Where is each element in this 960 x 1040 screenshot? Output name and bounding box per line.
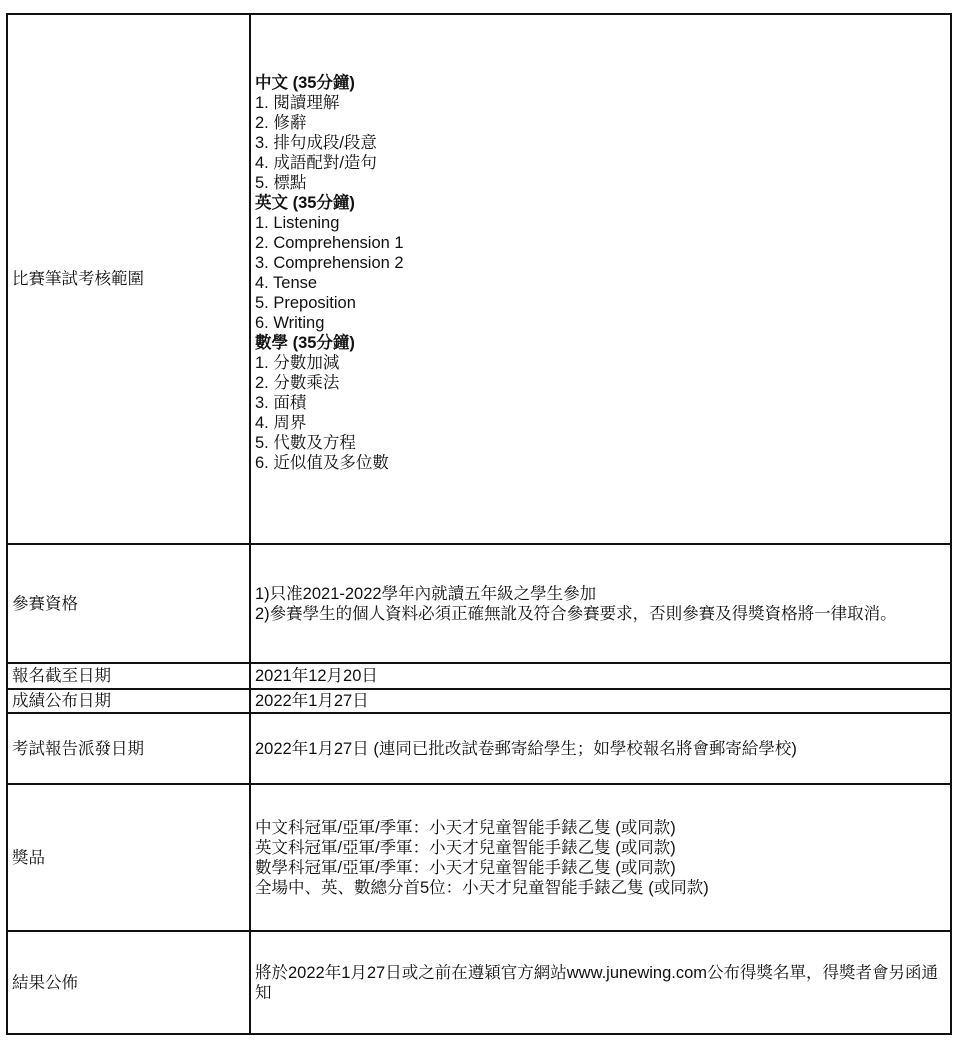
label-prizes: 獎品 [7, 784, 250, 931]
competition-info-table: 比賽筆試考核範圍 中文 (35分鐘) 1. 閱讀理解 2. 修辭 3. 排句成段… [6, 13, 952, 1035]
label-eligibility: 參賽資格 [7, 544, 250, 663]
prizes-content: 中文科冠軍/亞軍/季軍：小天才兒童智能手錶乙隻 (或同款) 英文科冠軍/亞軍/季… [250, 784, 951, 931]
section-heading-english: 英文 (35分鐘) [255, 193, 946, 213]
list-item: 2. 分數乘法 [255, 373, 946, 393]
list-item: 5. Preposition [255, 293, 946, 313]
list-item: 3. Comprehension 2 [255, 253, 946, 273]
row-exam-scope: 比賽筆試考核範圍 中文 (35分鐘) 1. 閱讀理解 2. 修辭 3. 排句成段… [7, 14, 951, 544]
row-report-date: 考試報告派發日期 2022年1月27日 (連同已批改試卷郵寄給學生；如學校報名將… [7, 713, 951, 784]
exam-scope-content: 中文 (35分鐘) 1. 閱讀理解 2. 修辭 3. 排句成段/段意 4. 成語… [250, 14, 951, 544]
eligibility-line: 1)只准2021-2022學年內就讀五年級之學生參加 [255, 584, 946, 604]
list-item: 4. Tense [255, 273, 946, 293]
announcement-value: 將於2022年1月27日或之前在遵穎官方網站www.junewing.com公布… [250, 931, 951, 1034]
registration-deadline-value: 2021年12月20日 [250, 663, 951, 689]
list-item: 5. 標點 [255, 173, 946, 193]
eligibility-line: 2)參賽學生的個人資料必須正確無訛及符合參賽要求，否則參賽及得獎資格將一律取消。 [255, 604, 946, 624]
results-date-value: 2022年1月27日 [250, 689, 951, 713]
prize-line: 數學科冠軍/亞軍/季軍：小天才兒童智能手錶乙隻 (或同款) [255, 858, 946, 878]
eligibility-content: 1)只准2021-2022學年內就讀五年級之學生參加 2)參賽學生的個人資料必須… [250, 544, 951, 663]
report-date-value: 2022年1月27日 (連同已批改試卷郵寄給學生；如學校報名將會郵寄給學校) [250, 713, 951, 784]
row-results-date: 成績公布日期 2022年1月27日 [7, 689, 951, 713]
row-announcement: 結果公佈 將於2022年1月27日或之前在遵穎官方網站www.junewing.… [7, 931, 951, 1034]
list-item: 3. 面積 [255, 393, 946, 413]
list-item: 4. 成語配對/造句 [255, 153, 946, 173]
row-registration-deadline: 報名截至日期 2021年12月20日 [7, 663, 951, 689]
list-item: 6. 近似值及多位數 [255, 453, 946, 473]
list-item: 1. 閱讀理解 [255, 93, 946, 113]
section-heading-math: 數學 (35分鐘) [255, 333, 946, 353]
list-item: 1. 分數加減 [255, 353, 946, 373]
row-eligibility: 參賽資格 1)只准2021-2022學年內就讀五年級之學生參加 2)參賽學生的個… [7, 544, 951, 663]
prize-line: 全場中、英、數總分首5位：小天才兒童智能手錶乙隻 (或同款) [255, 878, 946, 898]
prize-line: 中文科冠軍/亞軍/季軍：小天才兒童智能手錶乙隻 (或同款) [255, 818, 946, 838]
list-item: 1. Listening [255, 213, 946, 233]
list-item: 3. 排句成段/段意 [255, 133, 946, 153]
label-registration-deadline: 報名截至日期 [7, 663, 250, 689]
label-announcement: 結果公佈 [7, 931, 250, 1034]
list-item: 2. 修辭 [255, 113, 946, 133]
list-item: 5. 代數及方程 [255, 433, 946, 453]
list-item: 2. Comprehension 1 [255, 233, 946, 253]
label-report-date: 考試報告派發日期 [7, 713, 250, 784]
list-item: 6. Writing [255, 313, 946, 333]
label-results-date: 成績公布日期 [7, 689, 250, 713]
section-heading-chinese: 中文 (35分鐘) [255, 73, 946, 93]
prize-line: 英文科冠軍/亞軍/季軍：小天才兒童智能手錶乙隻 (或同款) [255, 838, 946, 858]
list-item: 4. 周界 [255, 413, 946, 433]
label-exam-scope: 比賽筆試考核範圍 [7, 14, 250, 544]
row-prizes: 獎品 中文科冠軍/亞軍/季軍：小天才兒童智能手錶乙隻 (或同款) 英文科冠軍/亞… [7, 784, 951, 931]
